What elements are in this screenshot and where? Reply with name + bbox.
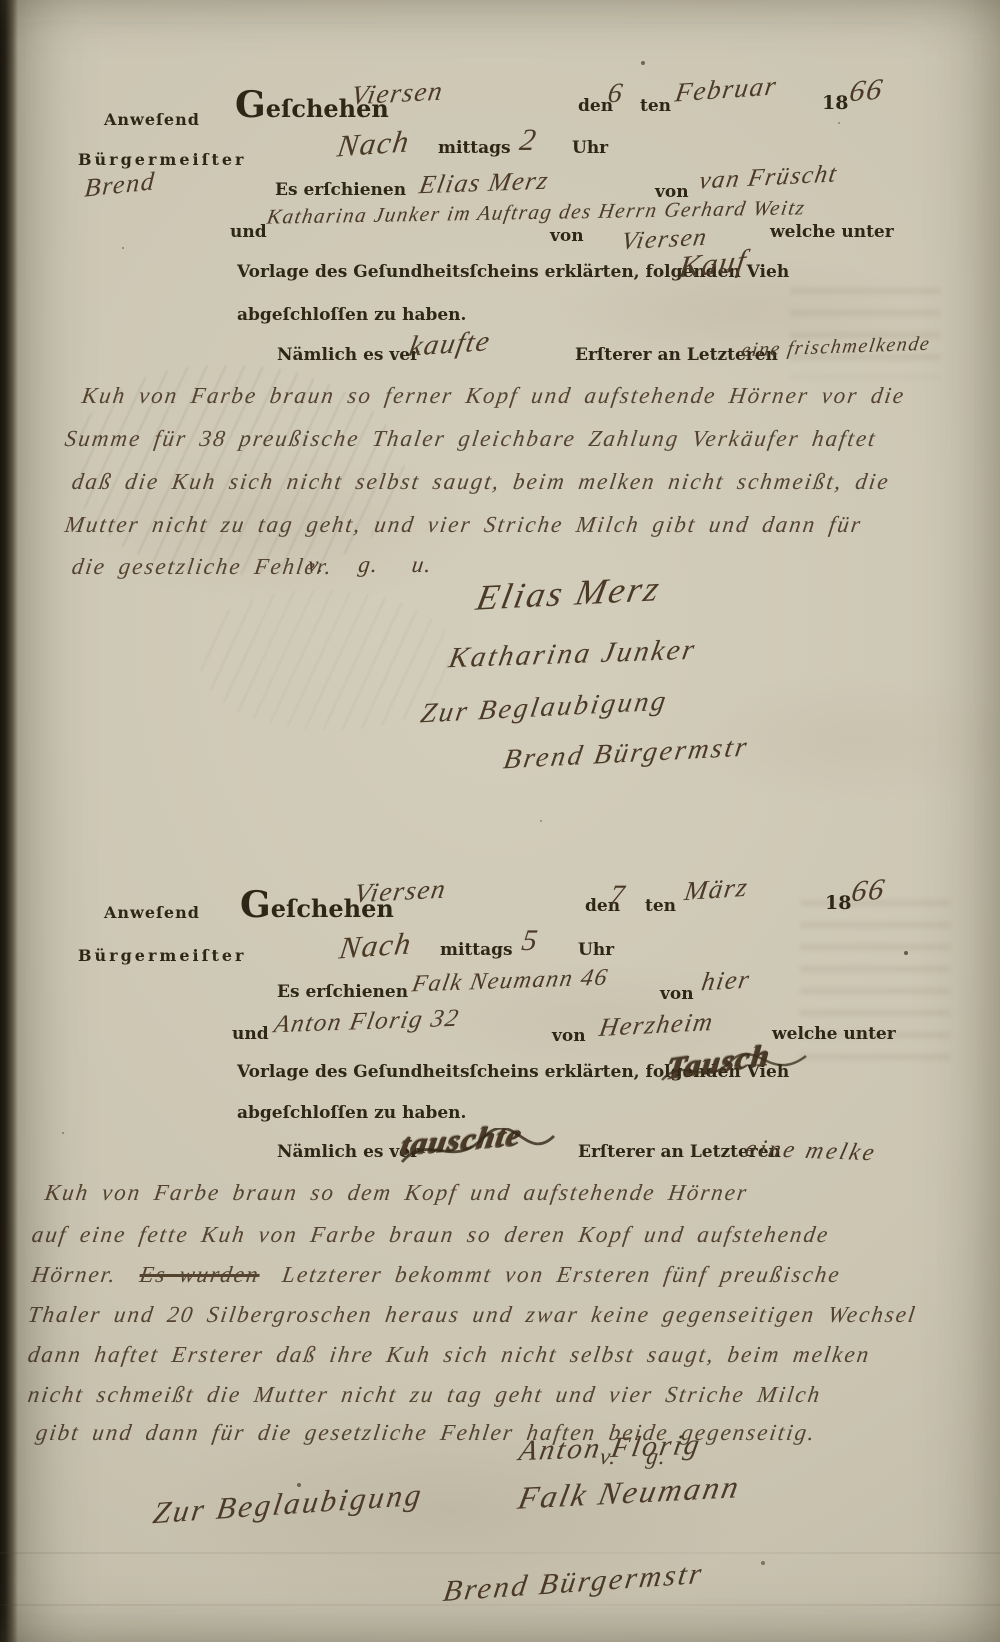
e1-naemlich-label: Nämlich es ver [277, 345, 419, 365]
e1-body-line-2: Summe für 38 preußische Thaler gleichbar… [63, 426, 878, 452]
e2-body-line-5: dann haftet Ersterer daß ihre Kuh sich n… [26, 1342, 872, 1368]
e1-und-label: und [230, 222, 267, 242]
e1-verb-handwritten: kaufte [406, 325, 493, 363]
e2-body-line-4: Thaler und 20 Silbergroschen heraus und … [26, 1302, 918, 1328]
e2-margin-present-label: Anweſend [104, 903, 200, 922]
e1-month-handwritten: Februar [673, 71, 779, 109]
e1-body-line-5: die gesetzliche Fehler. [70, 554, 335, 580]
e1-margin-mayor-label: Bürgermeiſter [78, 150, 246, 169]
bleed-smudge-2 [800, 900, 950, 1070]
binding-edge [0, 0, 18, 1642]
e2-mittags-label: mittags [440, 940, 513, 960]
e2-place-handwritten: Viersen [352, 874, 449, 910]
e1-ten-label: ten [640, 96, 671, 116]
e2-body-line-3: Hörner. Es wurden Letzterer bekommt von … [30, 1262, 842, 1288]
e2-body-line-1: Kuh von Farbe braun so dem Kopf und aufs… [43, 1180, 750, 1206]
e1-vieh-word-handwritten: Kauf [677, 243, 750, 286]
e1-margin-mayor-signature: Brend [83, 166, 156, 203]
e2-und-label: und [232, 1024, 269, 1044]
e1-year-printed: 18 [822, 92, 848, 114]
e1-year-handwritten: 66 [847, 73, 886, 110]
e2-signature-mayor: Brend Bürgermstr [441, 1557, 706, 1609]
e1-body-line-3: daß die Kuh sich nicht selbst saugt, bei… [70, 469, 891, 495]
e2-ten-label: ten [645, 896, 676, 916]
e2-welche-unter-label: welche unter [772, 1024, 896, 1044]
e1-welche-unter-label: welche unter [770, 222, 894, 242]
crease-line-1 [0, 1552, 1000, 1554]
e1-party1-origin: van Früscht [697, 160, 839, 195]
e2-uhr-label: Uhr [578, 940, 614, 960]
e1-party1-name: Elias Merz [417, 166, 552, 200]
e2-month-handwritten: März [682, 872, 750, 907]
e1-signature-party1: Elias Merz [473, 567, 665, 618]
e1-beglaubigung-handwritten: Zur Beglaubigung [418, 686, 670, 731]
e1-signature-mayor: Brend Bürgermstr [501, 732, 751, 777]
e1-body-line-4: Mutter nicht zu tag geht, und vier Stric… [63, 512, 864, 538]
e2-es-erschienen-label: Es erſchienen [277, 982, 408, 1002]
e2-body-line-6: nicht schmeißt die Mutter nicht zu tag g… [26, 1382, 823, 1408]
e2-body-line-3-rest: Letzterer bekommt von Ersteren fünf preu… [281, 1262, 843, 1287]
e2-object-handwritten: eine melke [742, 1136, 880, 1168]
e1-nach-handwritten: Nach [335, 124, 412, 165]
ink-specks [0, 0, 2, 2]
e2-margin-mayor-label: Bürgermeiſter [78, 946, 246, 965]
e1-hour-handwritten: 2 [517, 122, 539, 158]
e1-von2-label: von [550, 226, 584, 246]
e2-body-line-2: auf eine fette Kuh von Farbe braun so de… [30, 1222, 831, 1248]
e2-party1-name: Falk Neumann 46 [410, 965, 611, 999]
e2-body-line-3-struck: Es wurden [138, 1262, 261, 1287]
e1-abgeschlossen-label: abgeſchloſſen zu haben. [237, 305, 466, 325]
e2-hour-handwritten: 5 [520, 924, 541, 958]
e2-body-line-3-pre: Hörner. [30, 1262, 118, 1287]
e2-party1-origin: hier [699, 965, 752, 997]
e2-signature-party1: Falk Neumann [515, 1468, 744, 1516]
e1-uhr-label: Uhr [572, 138, 608, 158]
e2-day-handwritten: 7 [608, 880, 628, 912]
e1-signature-party2: Katharina Junker [446, 634, 699, 676]
e1-party2-name: Katharina Junker im Auftrag des Herrn Ge… [265, 195, 807, 229]
e2-verb-handwritten: tauschte [398, 1117, 525, 1163]
e2-abgeschlossen-label: abgeſchloſſen zu haben. [237, 1103, 466, 1123]
e2-signature-party2: Anton Florig [516, 1429, 704, 1468]
e2-von2-label: von [552, 1026, 586, 1046]
e1-day-handwritten: 6 [606, 78, 626, 110]
e2-year-handwritten: 66 [849, 873, 888, 910]
e2-party2-name: Anton Florig 32 [272, 1005, 462, 1039]
e1-object-handwritten: eine frischmelkende [740, 333, 932, 363]
document-page: Anweſend Bürgermeiſter Brend Geſchehen V… [0, 0, 1000, 1642]
e2-year-printed: 18 [825, 892, 851, 914]
e1-es-erschienen-label: Es erſchienen [275, 180, 406, 200]
e2-von1-label: von [660, 984, 694, 1004]
e1-margin-present-label: Anweſend [104, 110, 200, 129]
e1-place-handwritten: Viersen [349, 76, 446, 112]
e1-mittags-label: mittags [438, 138, 511, 158]
e2-beglaubigung-handwritten: Zur Beglaubigung [151, 1477, 426, 1532]
e2-party2-origin: Herzheim [597, 1007, 716, 1043]
e1-body-line-1: Kuh von Farbe braun so ferner Kopf und a… [80, 383, 907, 409]
e1-vgu-handwritten: v. g. u. [306, 552, 434, 578]
e2-nach-handwritten: Nach [337, 926, 414, 967]
